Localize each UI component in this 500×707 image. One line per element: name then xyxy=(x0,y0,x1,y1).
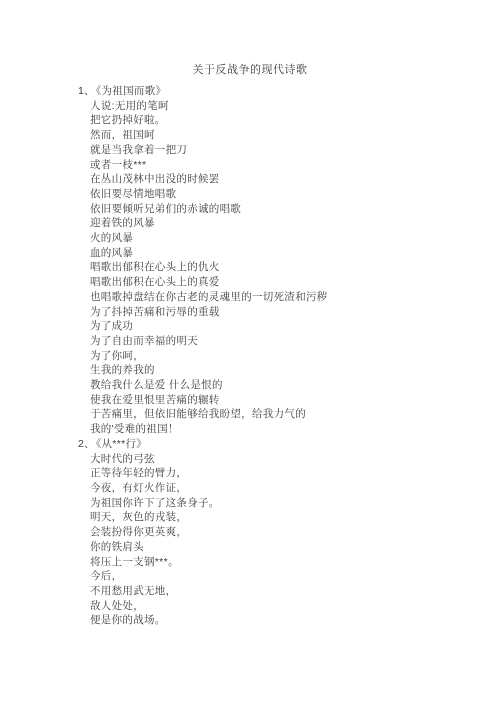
poem-line: 今后， xyxy=(78,569,464,584)
poem-line: 为了抖掉苦痛和污辱的重载 xyxy=(78,305,464,320)
poem-number: 1、 xyxy=(78,85,95,97)
poem-line: 也唱歌掉盘结在你古老的灵魂里的一切死渣和污秽 xyxy=(78,290,464,305)
poem-line: 明天，灰色的戎装， xyxy=(78,510,464,525)
poem-line: 火的风暴 xyxy=(78,231,464,246)
document-title: 关于反战争的现代诗歌 xyxy=(0,61,500,77)
poem-line: 生我的养我的 xyxy=(78,363,464,378)
poem-line: 便是你的战场。 xyxy=(78,613,464,628)
poem-line: 迎着铁的风暴 xyxy=(78,216,464,231)
poem-title: 《为祖国而歌》 xyxy=(96,85,166,97)
poem-line: 会装扮得你更英爽， xyxy=(78,525,464,540)
poem-line: 或者一枝*** xyxy=(78,158,464,173)
poem-line: 你的铁肩头 xyxy=(78,540,464,555)
poem-line: 正等待年轻的臂力， xyxy=(78,466,464,481)
poem-line: 我的'受难的祖国！ xyxy=(78,422,464,437)
poem-line: 唱歌出郁积在心头上的仇火 xyxy=(78,260,464,275)
poem-number: 2、 xyxy=(78,438,95,450)
document-body: 1、《为祖国而歌》人说:无用的笔呵把它扔掉好啦。然而，祖国呵就是当我拿着一把刀或… xyxy=(78,84,464,628)
poem-line: 今夜，有灯火作证， xyxy=(78,481,464,496)
poem-line: 于苦痛里，但依旧能够给我盼望，给我力气的 xyxy=(78,407,464,422)
poem-line: 教给我什么是爱 什么是恨的 xyxy=(78,378,464,393)
poem-line: 为了成功 xyxy=(78,319,464,334)
poem-2-heading: 2、《从***行》 xyxy=(78,437,464,452)
poem-line: 在丛山茂林中出没的时候罢 xyxy=(78,172,464,187)
poem-line: 敌人处处， xyxy=(78,599,464,614)
poem-1-heading: 1、《为祖国而歌》 xyxy=(78,84,464,99)
poem-line: 就是当我拿着一把刀 xyxy=(78,143,464,158)
poem-line: 人说:无用的笔呵 xyxy=(78,99,464,114)
poem-line: 大时代的弓弦 xyxy=(78,452,464,467)
poem-title: 《从***行》 xyxy=(96,438,147,450)
poem-line: 为祖国你许下了这条身子。 xyxy=(78,496,464,511)
poem-line: 然而，祖国呵 xyxy=(78,128,464,143)
poem-line: 为了自由而幸福的明天 xyxy=(78,334,464,349)
poem-line: 把它扔掉好啦。 xyxy=(78,113,464,128)
poem-line: 依旧要尽情地唱歌 xyxy=(78,187,464,202)
poem-line: 不用愁用武无地， xyxy=(78,584,464,599)
poem-line: 将压上一支钢***。 xyxy=(78,555,464,570)
poem-line: 依旧要倾听兄弟们的赤诚的唱歌 xyxy=(78,202,464,217)
document-page: 关于反战争的现代诗歌 1、《为祖国而歌》人说:无用的笔呵把它扔掉好啦。然而，祖国… xyxy=(0,0,500,707)
poem-line: 使我在爱里恨里苦痛的辗转 xyxy=(78,393,464,408)
poem-line: 唱歌出郁积在心头上的真爱 xyxy=(78,275,464,290)
poem-line: 为了你呵， xyxy=(78,349,464,364)
poem-line: 血的风暴 xyxy=(78,246,464,261)
